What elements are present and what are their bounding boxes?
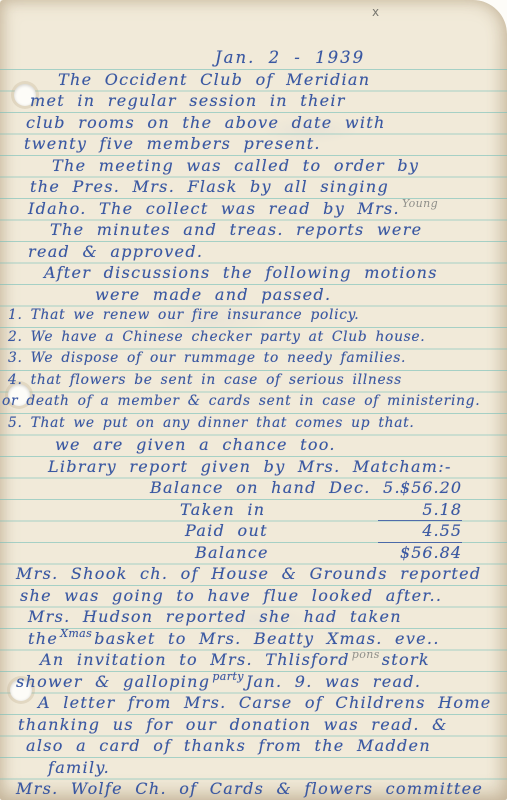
manuscript-line: The Occident Club of Meridian: [0, 69, 507, 91]
ledger-amount: 5.18: [378, 499, 462, 522]
line-text: family.: [48, 758, 110, 777]
motion-line: 1. That we renew our fire insurance poli…: [0, 305, 507, 327]
manuscript-line: twenty five members present.: [0, 133, 507, 155]
line-text: Jan. 9. was read.: [246, 672, 421, 691]
ledger-label: Paid out: [185, 521, 268, 540]
line-text: shower & galloping: [16, 672, 210, 691]
manuscript-line: thanking us for our donation was read. &: [0, 714, 507, 736]
manuscript-page: x Jan. 2 - 1939 The Occident Club of Mer…: [0, 0, 507, 800]
pencil-insertion: pons: [352, 648, 380, 661]
manuscript-line: After discussions the following motions: [0, 262, 507, 284]
line-text: Mrs. Wolfe Ch. of Cards & flowers commit…: [16, 779, 483, 798]
line-text: The meeting was called to order by: [52, 156, 419, 175]
motion-line: 2. We have a Chinese checker party at Cl…: [0, 327, 507, 349]
line-text: the: [28, 629, 58, 648]
line-text: A letter from Mrs. Carse of Childrens Ho…: [38, 693, 492, 712]
manuscript-line: The minutes and treas. reports were: [0, 219, 507, 241]
motion-line: 3. We dispose of our rummage to needy fa…: [0, 348, 507, 370]
ledger-label: Balance on hand Dec. 5.: [150, 478, 401, 497]
manuscript-line: theXmasbasket to Mrs. Beatty Xmas. eve..: [0, 628, 507, 650]
date-heading: Jan. 2 - 1939: [0, 47, 507, 69]
ledger-label: Balance: [195, 543, 269, 562]
manuscript-line: Idaho. The collect was read by Mrs.Young: [0, 198, 507, 220]
manuscript-line: she was going to have flue looked after.…: [0, 585, 507, 607]
manuscript-line: were made and passed.: [0, 284, 507, 306]
ledger-amount: $56.84: [378, 542, 462, 564]
manuscript-line: Library report given by Mrs. Matcham:-: [0, 456, 507, 478]
line-text: Mrs. Hudson reported she had taken: [28, 607, 402, 626]
manuscript-line: met in regular session in their: [0, 90, 507, 112]
line-text: read & approved.: [28, 242, 203, 261]
line-text: 4. that flowers be sent in case of serio…: [8, 372, 402, 388]
manuscript-line: A letter from Mrs. Carse of Childrens Ho…: [0, 692, 507, 714]
manuscript-line: Mrs. Wolfe Ch. of Cards & flowers commit…: [0, 778, 507, 800]
date-text: Jan. 2 - 1939: [215, 48, 365, 67]
line-text: met in regular session in their: [30, 91, 346, 110]
pencil-insertion: Young: [402, 197, 438, 210]
manuscript-line: Mrs. Hudson reported she had taken: [0, 606, 507, 628]
corner-pencil-mark: x: [372, 5, 379, 19]
line-text: Library report given by Mrs. Matcham:-: [48, 457, 452, 476]
ledger-amount: $56.20: [378, 477, 462, 499]
ink-insertion: Xmas: [60, 627, 92, 640]
ledger-label: Taken in: [180, 500, 265, 519]
manuscript-line: An invitation to Mrs. Thlisfordponsstork: [0, 649, 507, 671]
line-text: 3. We dispose of our rummage to needy fa…: [8, 350, 406, 366]
motion-line: or death of a member & cards sent in cas…: [0, 391, 507, 413]
manuscript-content: Jan. 2 - 1939 The Occident Club of Merid…: [0, 47, 507, 800]
line-text: The Occident Club of Meridian: [58, 70, 370, 89]
line-text: club rooms on the above date with: [26, 113, 386, 132]
manuscript-line: club rooms on the above date with: [0, 112, 507, 134]
line-text: thanking us for our donation was read. &: [18, 715, 448, 734]
line-text: The minutes and treas. reports were: [50, 220, 422, 239]
motion-line: 5. That we put on any dinner that comes …: [0, 413, 507, 435]
manuscript-line: shower & gallopingpartyJan. 9. was read.: [0, 671, 507, 693]
line-text: also a card of thanks from the Madden: [26, 736, 431, 755]
ledger-row: Paid out4.55: [0, 520, 507, 542]
line-text: 5. That we put on any dinner that comes …: [8, 415, 414, 431]
manuscript-line: read & approved.: [0, 241, 507, 263]
ledger-row: Taken in5.18: [0, 499, 507, 521]
line-text: stork: [382, 650, 430, 669]
manuscript-line: also a card of thanks from the Madden: [0, 735, 507, 757]
ledger-row: Balance on hand Dec. 5.$56.20: [0, 477, 507, 499]
line-text: An invitation to Mrs. Thlisford: [40, 650, 350, 669]
line-text: After discussions the following motions: [44, 263, 438, 282]
ledger-row: Balance$56.84: [0, 542, 507, 564]
line-text: the Pres. Mrs. Flask by all singing: [30, 177, 389, 196]
line-text: she was going to have flue looked after.…: [20, 586, 442, 605]
ledger-amount: 4.55: [378, 520, 462, 543]
line-text: Idaho. The collect was read by Mrs.: [28, 199, 400, 218]
manuscript-line: The meeting was called to order by: [0, 155, 507, 177]
manuscript-line: family.: [0, 757, 507, 779]
line-text: 1. That we renew our fire insurance poli…: [8, 307, 359, 323]
ink-insertion: party: [212, 670, 244, 683]
line-text: twenty five members present.: [24, 134, 321, 153]
manuscript-line: the Pres. Mrs. Flask by all singing: [0, 176, 507, 198]
line-text: basket to Mrs. Beatty Xmas. eve..: [94, 629, 440, 648]
line-text: Mrs. Shook ch. of House & Grounds report…: [16, 564, 481, 583]
line-text: we are given a chance too.: [55, 435, 336, 454]
line-text: 2. We have a Chinese checker party at Cl…: [8, 329, 425, 345]
motion-line: 4. that flowers be sent in case of serio…: [0, 370, 507, 392]
manuscript-line: we are given a chance too.: [0, 434, 507, 456]
manuscript-line: Mrs. Shook ch. of House & Grounds report…: [0, 563, 507, 585]
line-text: were made and passed.: [95, 285, 331, 304]
line-text: or death of a member & cards sent in cas…: [2, 393, 480, 409]
